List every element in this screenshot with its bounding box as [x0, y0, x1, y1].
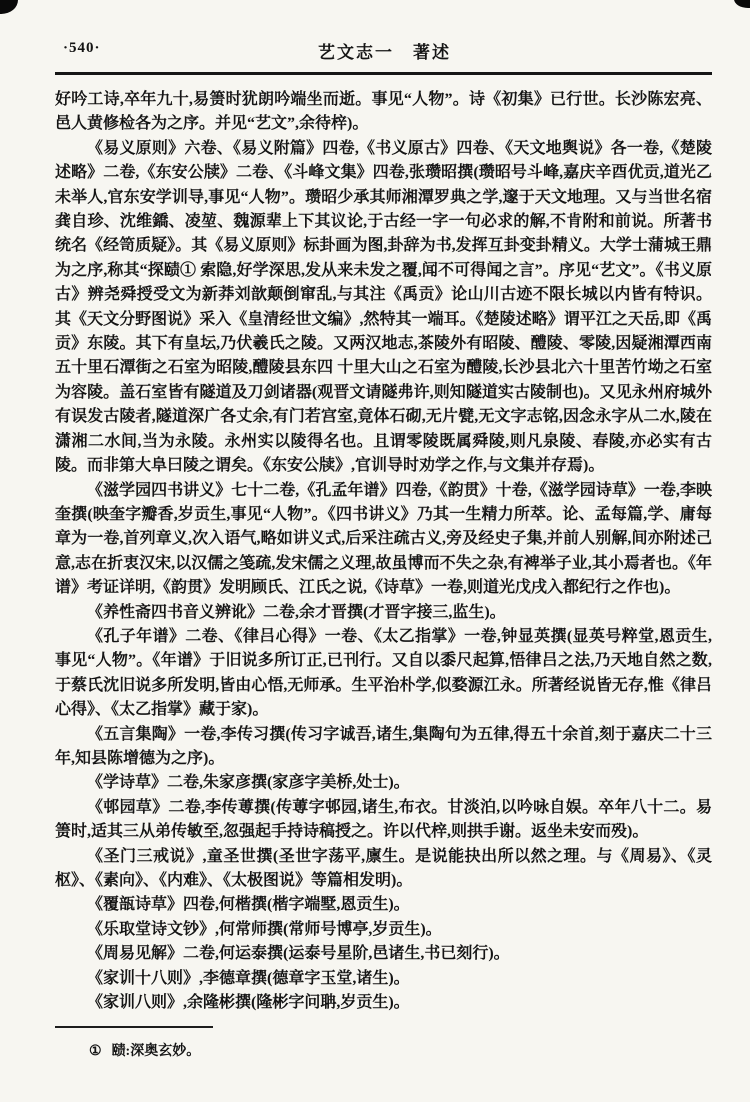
scan-artifact-top-right — [734, 0, 750, 8]
paragraph: 《学诗草》二卷,朱家彦撰(家彦字美桥,处士)。 — [55, 771, 712, 795]
paragraph: 《五言集陶》一卷,李传习撰(传习字诚吾,诸生,集陶句为五律,得五十余首,刻于嘉庆… — [55, 723, 712, 772]
paragraph: 《滋学园四书讲义》七十二卷,《孔孟年谱》四卷,《韵贯》十卷,《滋学园诗草》一卷,… — [55, 479, 712, 601]
footnote-separator — [55, 1026, 213, 1028]
header-rule — [55, 72, 712, 75]
paragraph: 《周易见解》二卷,何运泰撰(运泰号星阶,邑诸生,书已刻行)。 — [55, 942, 712, 966]
paragraph: 《乐取堂诗文钞》,何常师撰(常师号博亭,岁贡生)。 — [55, 918, 712, 942]
paragraph: 《孔子年谱》二卷、《律吕心得》一卷、《太乙指掌》一卷,钟显英撰(显英号粹堂,恩贡… — [55, 625, 712, 723]
paragraph: 《覆瓿诗草》四卷,何楷撰(楷字端墅,恩贡生)。 — [55, 893, 712, 917]
paragraph: 《易义原则》六卷、《易义附篇》四卷,《书义原古》四卷、《天文地舆说》各一卷,《楚… — [55, 137, 712, 479]
body-text: 好吟工诗,卒年九十,易箦时犹朗吟端坐而逝。事见“人物”。诗《初集》已行世。长沙陈… — [55, 88, 712, 1015]
paragraph: 好吟工诗,卒年九十,易箦时犹朗吟端坐而逝。事见“人物”。诗《初集》已行世。长沙陈… — [55, 88, 712, 137]
paragraph: 《圣门三戒说》,童圣世撰(圣世字荡平,廪生。是说能抉出所以然之理。与《周易》、《… — [55, 845, 712, 894]
paragraph: 《邨园草》二卷,李传蒪撰(传蒪字邨园,诸生,布衣。甘淡泊,以吟咏自娱。卒年八十二… — [55, 796, 712, 845]
page-header: ·540· 艺文志一 著述 — [57, 38, 712, 64]
footnote-marker: ① — [89, 1044, 102, 1059]
scan-artifact-top-left — [0, 0, 18, 14]
footnote-area: ①赜:深奥玄妙。 — [55, 1026, 712, 1060]
scanned-book-page: ·540· 艺文志一 著述 好吟工诗,卒年九十,易箦时犹朗吟端坐而逝。事见“人物… — [0, 0, 750, 1102]
running-title: 艺文志一 著述 — [57, 38, 712, 63]
footnote: ①赜:深奥玄妙。 — [89, 1040, 712, 1060]
paragraph: 《家训十八则》,李德章撰(德章字玉堂,诸生)。 — [55, 967, 712, 991]
paragraph: 《养性斋四书音义辨讹》二卷,余才晋撰(才晋字接三,监生)。 — [55, 601, 712, 625]
footnote-text: 赜:深奥玄妙。 — [112, 1044, 201, 1059]
paragraph: 《家训八则》,余隆彬撰(隆彬字问聃,岁贡生)。 — [55, 991, 712, 1015]
